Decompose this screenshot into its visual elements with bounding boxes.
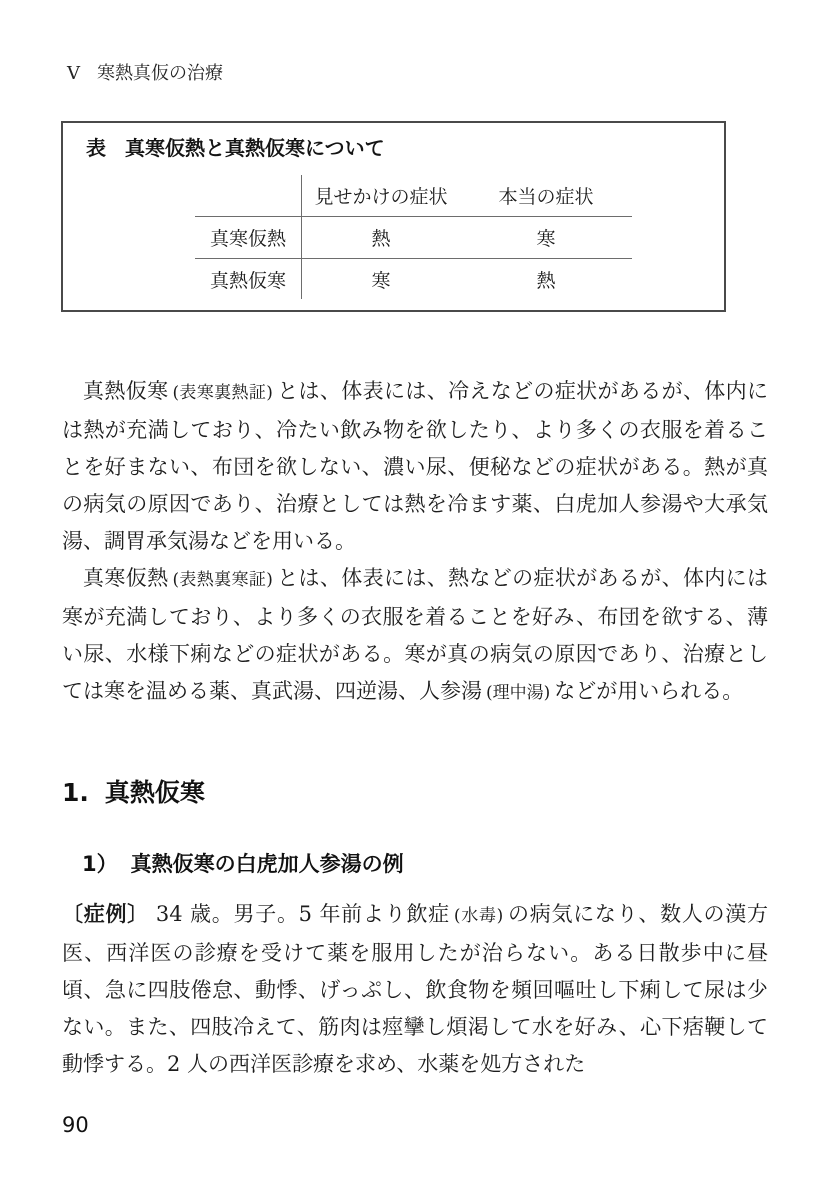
running-head: Ⅴ寒熱真仮の治療 xyxy=(67,62,223,86)
case-body: の病気になり、数人の漢方医、西洋医の診療を受けて薬を服用したが治らない。ある日散… xyxy=(62,902,768,1076)
table-caption: 表真寒仮熱と真熱仮寒について xyxy=(86,135,385,161)
case-section: 〔症例〕34 歳。男子。5 年前より飲症(水毒)の病気になり、数人の漢方医、西洋… xyxy=(62,896,768,1083)
chapter-title: 寒熱真仮の治療 xyxy=(97,63,223,84)
table-caption-title: 真寒仮熱と真熱仮寒について xyxy=(125,136,385,160)
intro-paragraphs: 真熱仮寒(表寒裏熱証)とは、体表には、冷えなどの症状があるが、体内には熱が充満し… xyxy=(62,373,768,712)
case-paragraph: 〔症例〕34 歳。男子。5 年前より飲症(水毒)の病気になり、数人の漢方医、西洋… xyxy=(62,896,768,1083)
subsection-number: 1） xyxy=(82,852,118,876)
para2-term: 真寒仮熱 xyxy=(83,566,168,590)
case-label: 〔症例〕 xyxy=(62,902,149,926)
book-page: Ⅴ寒熱真仮の治療 表真寒仮熱と真熱仮寒について 見せかけの症状 本当の症状 真寒… xyxy=(0,0,830,1200)
paragraph-shinkan-kanetsu: 真寒仮熱(表熱裏寒証)とは、体表には、熱などの症状があるが、体内には寒が充満して… xyxy=(62,560,768,712)
row-label-shinnetsu-kakan: 真熱仮寒 xyxy=(195,259,302,299)
para1-term: 真熱仮寒 xyxy=(83,379,168,403)
row-label-shinkan-kanetsu: 真寒仮熱 xyxy=(195,217,302,259)
para2-term-note: (表熱裏寒証) xyxy=(172,570,272,590)
case-intro: 34 歳。男子。5 年前より飲症 xyxy=(156,902,450,926)
column-header-apparent: 見せかけの症状 xyxy=(302,175,460,217)
para2-formula-note: (理中湯) xyxy=(486,683,550,703)
cell-actual-1: 熱 xyxy=(460,259,632,299)
page-number: 90 xyxy=(62,1112,89,1138)
section-title: 真熱仮寒 xyxy=(105,778,205,807)
chapter-numeral: Ⅴ xyxy=(67,63,80,84)
section-number: 1. xyxy=(62,778,89,807)
symptom-table: 見せかけの症状 本当の症状 真寒仮熱 熱 寒 真熱仮寒 寒 熱 xyxy=(195,175,632,299)
table-caption-label: 表 xyxy=(86,136,106,160)
column-header-actual: 本当の症状 xyxy=(460,175,632,217)
para1-body: とは、体表には、冷えなどの症状があるが、体内には熱が充満しており、冷たい飲み物を… xyxy=(62,379,768,553)
para1-term-note: (表寒裏熱証) xyxy=(172,383,272,403)
subsection-heading: 1）真熱仮寒の白虎加人参湯の例 xyxy=(82,851,404,878)
section-heading: 1.真熱仮寒 xyxy=(62,778,205,808)
case-term-note: (水毒) xyxy=(454,906,503,926)
table-box: 表真寒仮熱と真熱仮寒について 見せかけの症状 本当の症状 真寒仮熱 熱 寒 真熱… xyxy=(61,121,726,312)
table-corner-cell xyxy=(195,175,302,217)
para2-tail: などが用いられる。 xyxy=(554,679,743,703)
paragraph-shinnetsu-kakan: 真熱仮寒(表寒裏熱証)とは、体表には、冷えなどの症状があるが、体内には熱が充満し… xyxy=(62,373,768,560)
cell-apparent-1: 寒 xyxy=(302,259,460,299)
cell-apparent-0: 熱 xyxy=(302,217,460,259)
cell-actual-0: 寒 xyxy=(460,217,632,259)
subsection-title: 真熱仮寒の白虎加人参湯の例 xyxy=(131,852,404,876)
